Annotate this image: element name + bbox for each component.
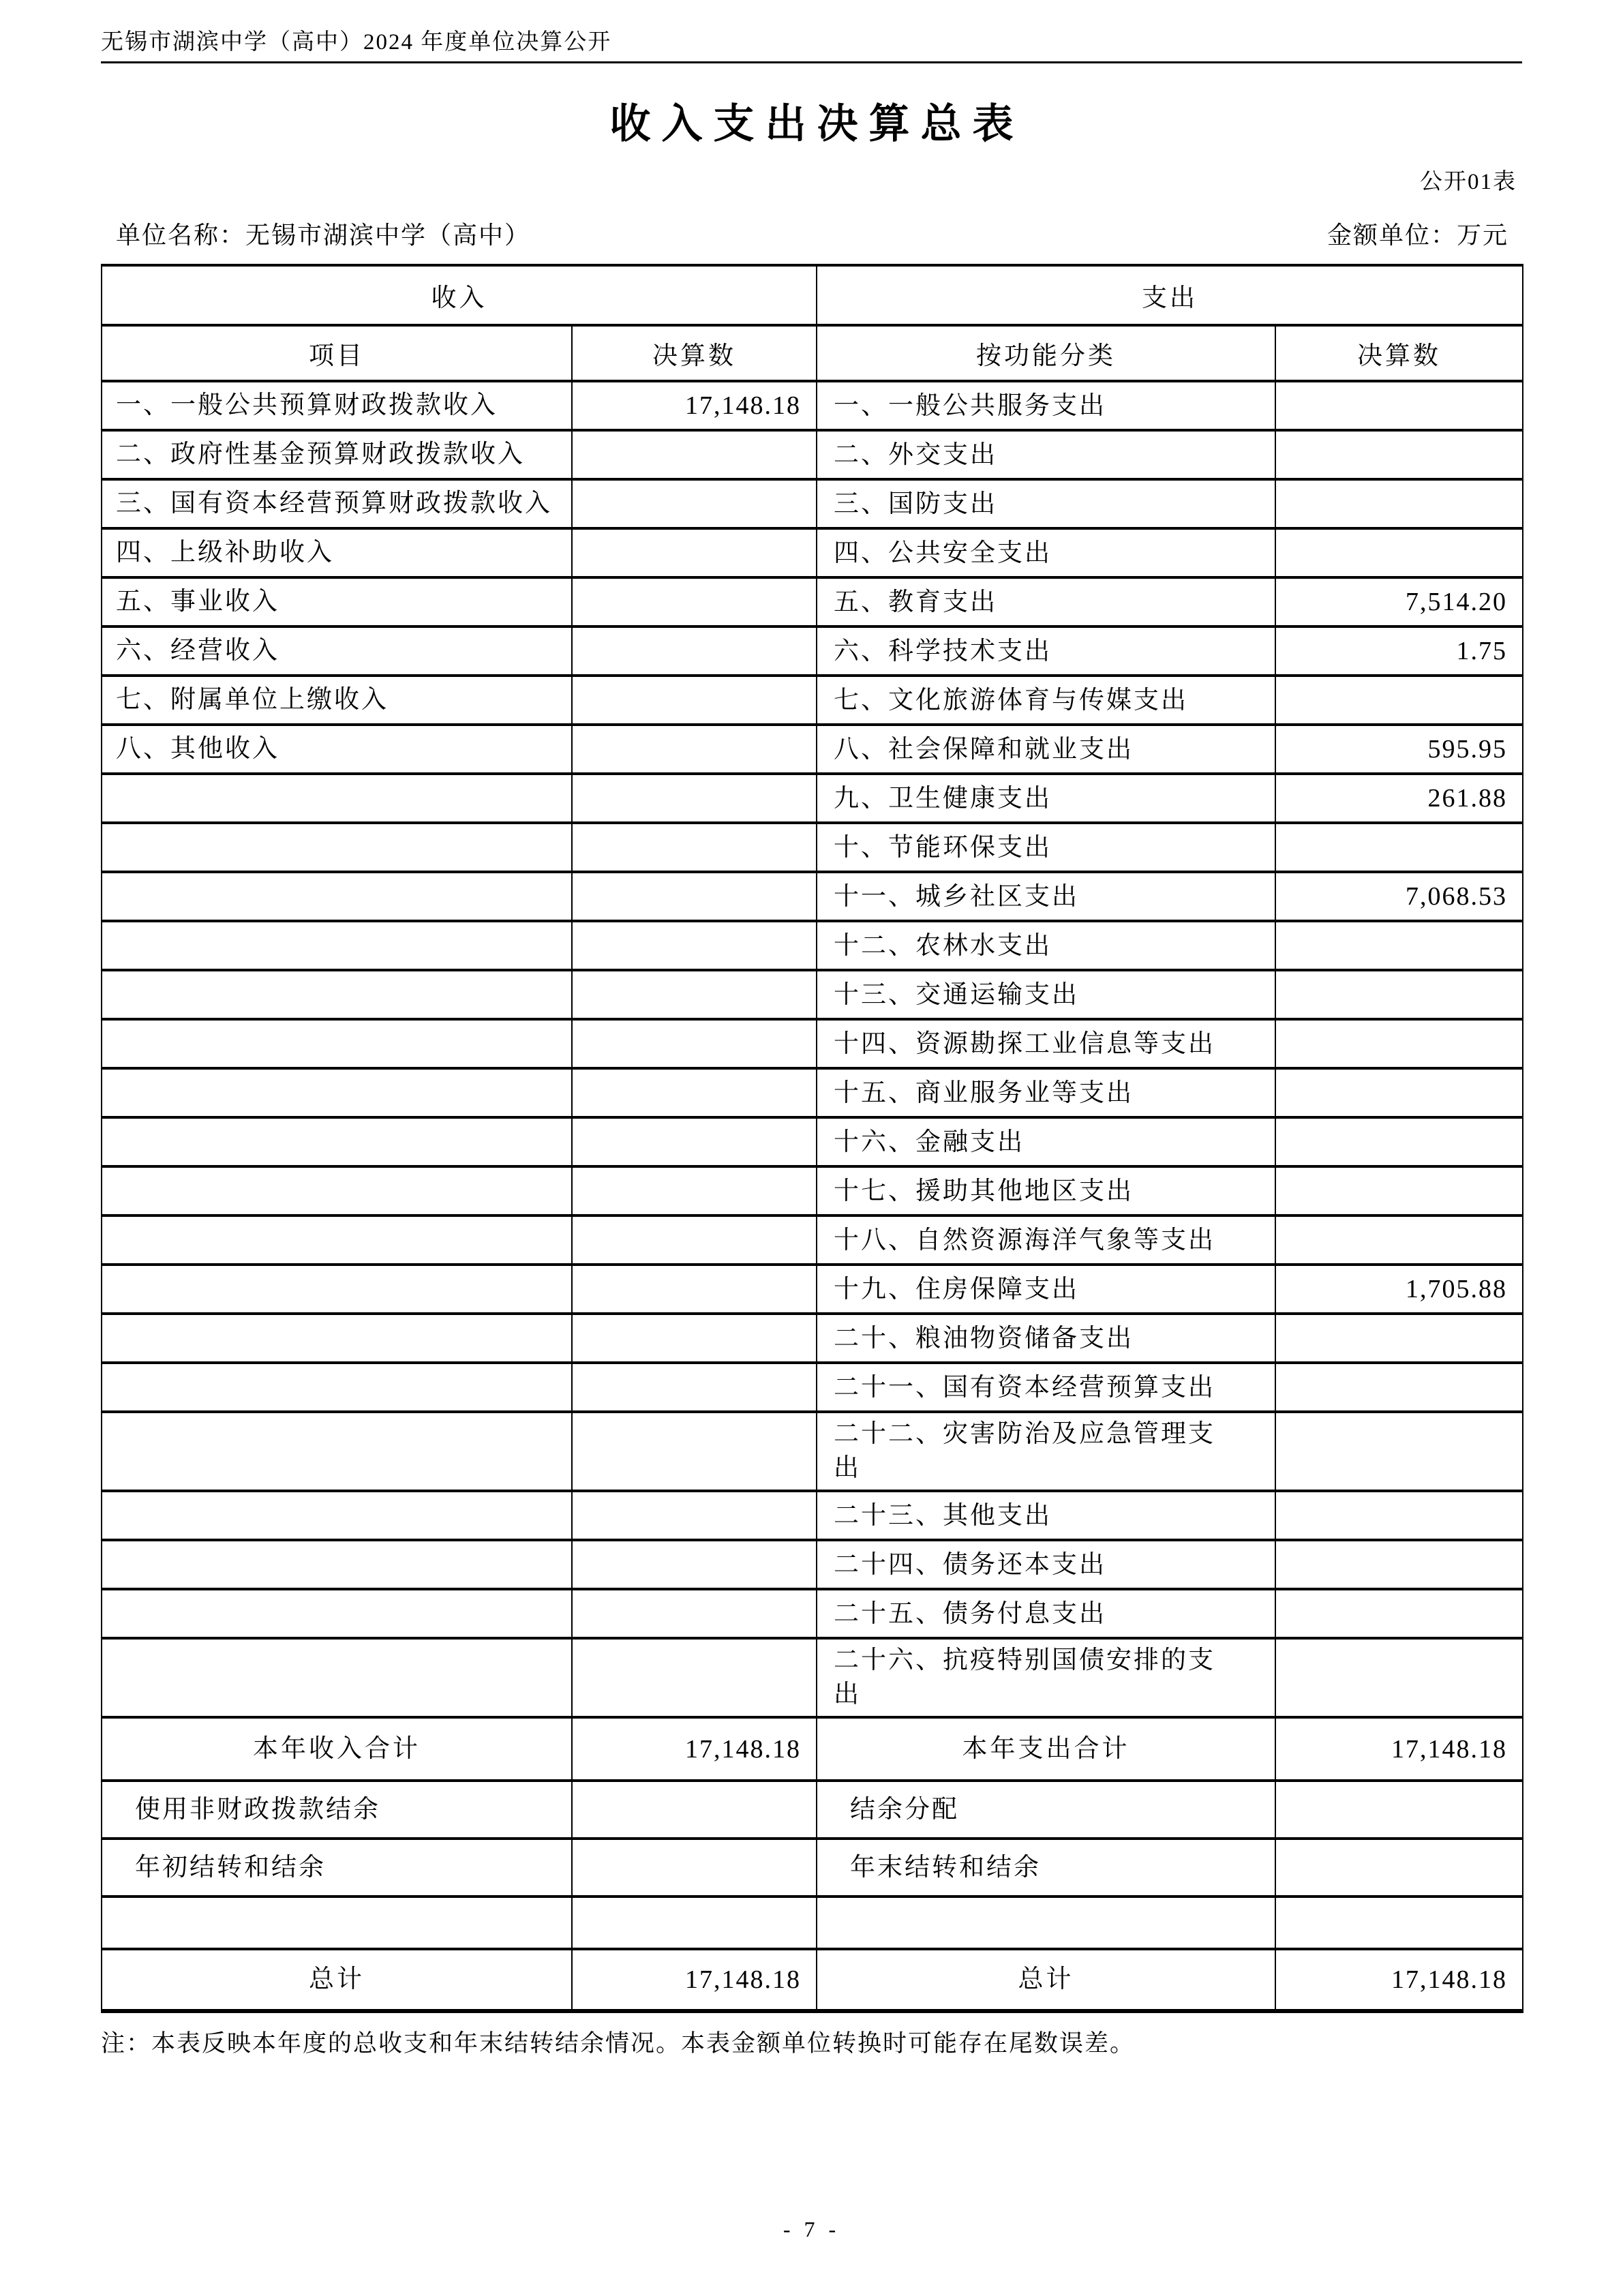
annual-income-total-amount: 17,148.18 <box>572 1717 817 1781</box>
income-amount-cell <box>572 1491 817 1540</box>
expense-amount-cell <box>1275 528 1523 577</box>
expense-item-label: 二十六、抗疫特别国债安排的支出 <box>834 1644 1226 1712</box>
expense-amount-cell: 7,068.53 <box>1275 872 1523 921</box>
document-header: 无锡市湖滨中学（高中）2024 年度单位决算公开 <box>101 0 1522 56</box>
income-item-cell <box>102 1638 572 1717</box>
table-row: 十三、交通运输支出 <box>102 970 1523 1019</box>
expense-amount-cell <box>1275 921 1523 970</box>
income-item-cell <box>102 1412 572 1491</box>
income-amount-cell <box>572 921 817 970</box>
expense-item-cell: 十一、城乡社区支出 <box>817 872 1275 921</box>
expense-amount-cell <box>1275 1068 1523 1117</box>
expense-amount-cell: 7,514.20 <box>1275 577 1523 626</box>
col-header-income-amount: 决算数 <box>572 325 817 381</box>
income-amount-cell: 17,148.18 <box>572 381 817 430</box>
income-item-cell <box>102 1019 572 1068</box>
expense-item-label: 十一、城乡社区支出 <box>834 880 1079 914</box>
table-row: 十九、住房保障支出1,705.88 <box>102 1265 1523 1314</box>
table-row: 八、其他收入八、社会保障和就业支出595.95 <box>102 725 1523 774</box>
expense-amount-cell <box>1275 823 1523 872</box>
income-item-cell: 六、经营收入 <box>102 626 572 676</box>
table-row: 二十、粮油物资储备支出 <box>102 1314 1523 1363</box>
table-meta-row: 单位名称：无锡市湖滨中学（高中） 金额单位：万元 <box>101 220 1522 250</box>
expense-item-label: 三、国防支出 <box>834 487 997 522</box>
expense-amount-cell <box>1275 1314 1523 1363</box>
carryover-row: 年初结转和结余 年末结转和结余 <box>102 1839 1523 1897</box>
expense-item-label: 八、社会保障和就业支出 <box>834 733 1134 767</box>
table-row: 二、政府性基金预算财政拨款收入二、外交支出 <box>102 430 1523 479</box>
col-header-expense-amount: 决算数 <box>1275 325 1523 381</box>
table-row: 二十三、其他支出 <box>102 1491 1523 1540</box>
expense-item-cell: 十三、交通运输支出 <box>817 970 1275 1019</box>
income-amount-cell <box>572 725 817 774</box>
carryover-row: 使用非财政拨款结余 结余分配 <box>102 1781 1523 1839</box>
income-amount-cell <box>572 1363 817 1412</box>
table-row: 五、事业收入五、教育支出7,514.20 <box>102 577 1523 626</box>
expense-amount-cell <box>1275 1540 1523 1589</box>
expense-item-cell: 一、一般公共服务支出 <box>817 381 1275 430</box>
table-row: 四、上级补助收入四、公共安全支出 <box>102 528 1523 577</box>
income-item-cell: 四、上级补助收入 <box>102 528 572 577</box>
year-start-balance-amount <box>572 1839 817 1897</box>
income-section-header: 收入 <box>102 265 817 325</box>
expense-item-cell: 二、外交支出 <box>817 430 1275 479</box>
expense-item-cell: 十二、农林水支出 <box>817 921 1275 970</box>
annual-total-row: 本年收入合计 17,148.18 本年支出合计 17,148.18 <box>102 1717 1523 1781</box>
table-row: 六、经营收入六、科学技术支出1.75 <box>102 626 1523 676</box>
table-row: 二十六、抗疫特别国债安排的支出 <box>102 1638 1523 1717</box>
income-amount-cell <box>572 970 817 1019</box>
expense-item-cell: 五、教育支出 <box>817 577 1275 626</box>
header-divider <box>101 61 1522 63</box>
income-item-cell <box>102 1068 572 1117</box>
expense-item-cell: 六、科学技术支出 <box>817 626 1275 676</box>
grand-total-expense-amount: 17,148.18 <box>1275 1949 1523 2011</box>
income-amount-cell <box>572 1019 817 1068</box>
expense-item-label: 十九、住房保障支出 <box>834 1273 1079 1307</box>
income-amount-cell <box>572 1638 817 1717</box>
grand-total-income-label: 总计 <box>102 1949 572 2011</box>
expense-amount-cell <box>1275 1363 1523 1412</box>
income-amount-cell <box>572 1540 817 1589</box>
expense-item-cell: 二十五、债务付息支出 <box>817 1589 1275 1638</box>
expense-item-label: 二十三、其他支出 <box>834 1499 1052 1533</box>
expense-amount-cell <box>1275 381 1523 430</box>
table-row: 三、国有资本经营预算财政拨款收入三、国防支出 <box>102 479 1523 528</box>
expense-item-cell: 二十四、债务还本支出 <box>817 1540 1275 1589</box>
income-amount-cell <box>572 430 817 479</box>
section-header-row: 收入 支出 <box>102 265 1523 325</box>
income-amount-cell <box>572 1068 817 1117</box>
year-end-balance-amount <box>1275 1839 1523 1897</box>
empty-cell <box>1275 1897 1523 1949</box>
expense-item-cell: 十四、资源勘探工业信息等支出 <box>817 1019 1275 1068</box>
expense-item-cell: 九、卫生健康支出 <box>817 774 1275 823</box>
expense-item-cell: 二十二、灾害防治及应急管理支出 <box>817 1412 1275 1491</box>
income-amount-cell <box>572 528 817 577</box>
expense-amount-cell: 1.75 <box>1275 626 1523 676</box>
table-row: 二十二、灾害防治及应急管理支出 <box>102 1412 1523 1491</box>
expense-item-label: 二十五、债务付息支出 <box>834 1597 1106 1631</box>
expense-item-cell: 十八、自然资源海洋气象等支出 <box>817 1215 1275 1265</box>
expense-item-cell: 十七、援助其他地区支出 <box>817 1166 1275 1215</box>
expense-item-cell: 二十一、国有资本经营预算支出 <box>817 1363 1275 1412</box>
income-item-cell <box>102 774 572 823</box>
income-amount-cell <box>572 1412 817 1491</box>
expense-section-header: 支出 <box>817 265 1523 325</box>
annual-income-total-label: 本年收入合计 <box>102 1717 572 1781</box>
expense-amount-cell: 1,705.88 <box>1275 1265 1523 1314</box>
empty-cell <box>817 1897 1275 1949</box>
col-header-function: 按功能分类 <box>817 325 1275 381</box>
expense-item-label: 十八、自然资源海洋气象等支出 <box>834 1224 1215 1258</box>
income-item-cell <box>102 970 572 1019</box>
expense-item-label: 二十一、国有资本经营预算支出 <box>834 1371 1215 1405</box>
table-row: 十四、资源勘探工业信息等支出 <box>102 1019 1523 1068</box>
expense-amount-cell <box>1275 970 1523 1019</box>
grand-total-expense-label: 总计 <box>817 1949 1275 2011</box>
table-row: 十六、金融支出 <box>102 1117 1523 1166</box>
spacer-row <box>102 1897 1523 1949</box>
annual-expense-total-label: 本年支出合计 <box>817 1717 1275 1781</box>
expense-item-label: 九、卫生健康支出 <box>834 782 1052 816</box>
income-item-cell <box>102 1363 572 1412</box>
page-title: 收入支出决算总表 <box>101 99 1522 149</box>
income-item-cell <box>102 823 572 872</box>
table-row: 十一、城乡社区支出7,068.53 <box>102 872 1523 921</box>
income-amount-cell <box>572 676 817 725</box>
expense-item-label: 十四、资源勘探工业信息等支出 <box>834 1027 1215 1061</box>
income-item-cell: 三、国有资本经营预算财政拨款收入 <box>102 479 572 528</box>
grand-total-income-amount: 17,148.18 <box>572 1949 817 2011</box>
annual-expense-total-amount: 17,148.18 <box>1275 1717 1523 1781</box>
expense-item-label: 二、外交支出 <box>834 438 997 472</box>
amount-unit-label: 金额单位：万元 <box>1327 220 1508 250</box>
year-start-balance-label: 年初结转和结余 <box>102 1839 572 1897</box>
income-item-cell <box>102 1491 572 1540</box>
expense-item-label: 七、文化旅游体育与传媒支出 <box>834 684 1188 718</box>
unit-name-label: 单位名称：无锡市湖滨中学（高中） <box>116 220 530 250</box>
expense-item-label: 十六、金融支出 <box>834 1126 1025 1160</box>
year-end-balance-label: 年末结转和结余 <box>817 1839 1275 1897</box>
expense-item-label: 五、教育支出 <box>834 586 997 620</box>
income-amount-cell <box>572 1589 817 1638</box>
expense-amount-cell <box>1275 1412 1523 1491</box>
expense-amount-cell <box>1275 676 1523 725</box>
empty-cell <box>572 1897 817 1949</box>
grand-total-row: 总计 17,148.18 总计 17,148.18 <box>102 1949 1523 2011</box>
expense-item-label: 十五、商业服务业等支出 <box>834 1076 1134 1111</box>
nonfiscal-balance-label: 使用非财政拨款结余 <box>102 1781 572 1839</box>
income-amount-cell <box>572 1265 817 1314</box>
expense-item-cell: 八、社会保障和就业支出 <box>817 725 1275 774</box>
expense-amount-cell: 595.95 <box>1275 725 1523 774</box>
income-item-cell <box>102 872 572 921</box>
income-amount-cell <box>572 1314 817 1363</box>
table-row: 七、附属单位上缴收入七、文化旅游体育与传媒支出 <box>102 676 1523 725</box>
expense-amount-cell <box>1275 479 1523 528</box>
income-item-cell <box>102 1314 572 1363</box>
income-item-cell: 八、其他收入 <box>102 725 572 774</box>
expense-item-cell: 十、节能环保支出 <box>817 823 1275 872</box>
expense-amount-cell <box>1275 1215 1523 1265</box>
expense-amount-cell <box>1275 1019 1523 1068</box>
income-item-cell <box>102 1265 572 1314</box>
expense-item-cell: 二十、粮油物资储备支出 <box>817 1314 1275 1363</box>
expense-item-cell: 十九、住房保障支出 <box>817 1265 1275 1314</box>
income-item-cell <box>102 1589 572 1638</box>
nonfiscal-balance-amount <box>572 1781 817 1839</box>
income-item-cell <box>102 921 572 970</box>
page-number: - 7 - <box>0 2217 1623 2242</box>
balance-distribution-label: 结余分配 <box>817 1781 1275 1839</box>
table-note: 注：本表反映本年度的总收支和年末结转结余情况。本表金额单位转换时可能存在尾数误差… <box>101 2028 1522 2059</box>
column-header-row: 项目 决算数 按功能分类 决算数 <box>102 325 1523 381</box>
income-item-cell <box>102 1540 572 1589</box>
expense-item-cell: 七、文化旅游体育与传媒支出 <box>817 676 1275 725</box>
expense-amount-cell <box>1275 1491 1523 1540</box>
expense-item-cell: 三、国防支出 <box>817 479 1275 528</box>
table-row: 九、卫生健康支出261.88 <box>102 774 1523 823</box>
income-amount-cell <box>572 479 817 528</box>
expense-amount-cell <box>1275 430 1523 479</box>
expense-item-label: 二十、粮油物资储备支出 <box>834 1322 1134 1356</box>
income-item-cell <box>102 1215 572 1265</box>
income-item-cell: 七、附属单位上缴收入 <box>102 676 572 725</box>
expense-amount-cell: 261.88 <box>1275 774 1523 823</box>
table-row: 十、节能环保支出 <box>102 823 1523 872</box>
expense-item-label: 六、科学技术支出 <box>834 635 1052 669</box>
expense-item-label: 二十二、灾害防治及应急管理支出 <box>834 1417 1226 1485</box>
income-amount-cell <box>572 823 817 872</box>
table-row: 十五、商业服务业等支出 <box>102 1068 1523 1117</box>
income-amount-cell <box>572 1166 817 1215</box>
income-item-cell <box>102 1117 572 1166</box>
expense-item-label: 十、节能环保支出 <box>834 831 1052 865</box>
table-row: 二十五、债务付息支出 <box>102 1589 1523 1638</box>
expense-item-label: 四、公共安全支出 <box>834 537 1052 571</box>
income-amount-cell <box>572 872 817 921</box>
col-header-item: 项目 <box>102 325 572 381</box>
empty-cell <box>102 1897 572 1949</box>
expense-amount-cell <box>1275 1117 1523 1166</box>
income-item-cell: 二、政府性基金预算财政拨款收入 <box>102 430 572 479</box>
expense-item-cell: 十五、商业服务业等支出 <box>817 1068 1275 1117</box>
page-content: 无锡市湖滨中学（高中）2024 年度单位决算公开 收入支出决算总表 公开01表 … <box>101 0 1522 2059</box>
table-row: 十八、自然资源海洋气象等支出 <box>102 1215 1523 1265</box>
table-number: 公开01表 <box>101 168 1522 196</box>
table-row: 十七、援助其他地区支出 <box>102 1166 1523 1215</box>
income-item-cell <box>102 1166 572 1215</box>
expense-amount-cell <box>1275 1166 1523 1215</box>
expense-item-label: 十二、农林水支出 <box>834 929 1052 963</box>
balance-distribution-amount <box>1275 1781 1523 1839</box>
expense-item-cell: 十六、金融支出 <box>817 1117 1275 1166</box>
income-item-cell: 一、一般公共预算财政拨款收入 <box>102 381 572 430</box>
expense-amount-cell <box>1275 1638 1523 1717</box>
income-item-cell: 五、事业收入 <box>102 577 572 626</box>
expense-item-label: 一、一般公共服务支出 <box>834 389 1106 423</box>
income-amount-cell <box>572 1215 817 1265</box>
income-amount-cell <box>572 577 817 626</box>
income-amount-cell <box>572 774 817 823</box>
expense-item-label: 二十四、债务还本支出 <box>834 1548 1106 1582</box>
income-amount-cell <box>572 1117 817 1166</box>
income-amount-cell <box>572 626 817 676</box>
table-row: 十二、农林水支出 <box>102 921 1523 970</box>
final-accounts-table: 收入 支出 项目 决算数 按功能分类 决算数 一、一般公共预算财政拨款收入17,… <box>101 264 1523 2013</box>
expense-item-label: 十七、援助其他地区支出 <box>834 1175 1134 1209</box>
table-row: 一、一般公共预算财政拨款收入17,148.18一、一般公共服务支出 <box>102 381 1523 430</box>
expense-item-cell: 四、公共安全支出 <box>817 528 1275 577</box>
table-row: 二十四、债务还本支出 <box>102 1540 1523 1589</box>
table-row: 二十一、国有资本经营预算支出 <box>102 1363 1523 1412</box>
expense-item-cell: 二十六、抗疫特别国债安排的支出 <box>817 1638 1275 1717</box>
expense-item-label: 十三、交通运输支出 <box>834 978 1079 1012</box>
expense-item-cell: 二十三、其他支出 <box>817 1491 1275 1540</box>
expense-amount-cell <box>1275 1589 1523 1638</box>
